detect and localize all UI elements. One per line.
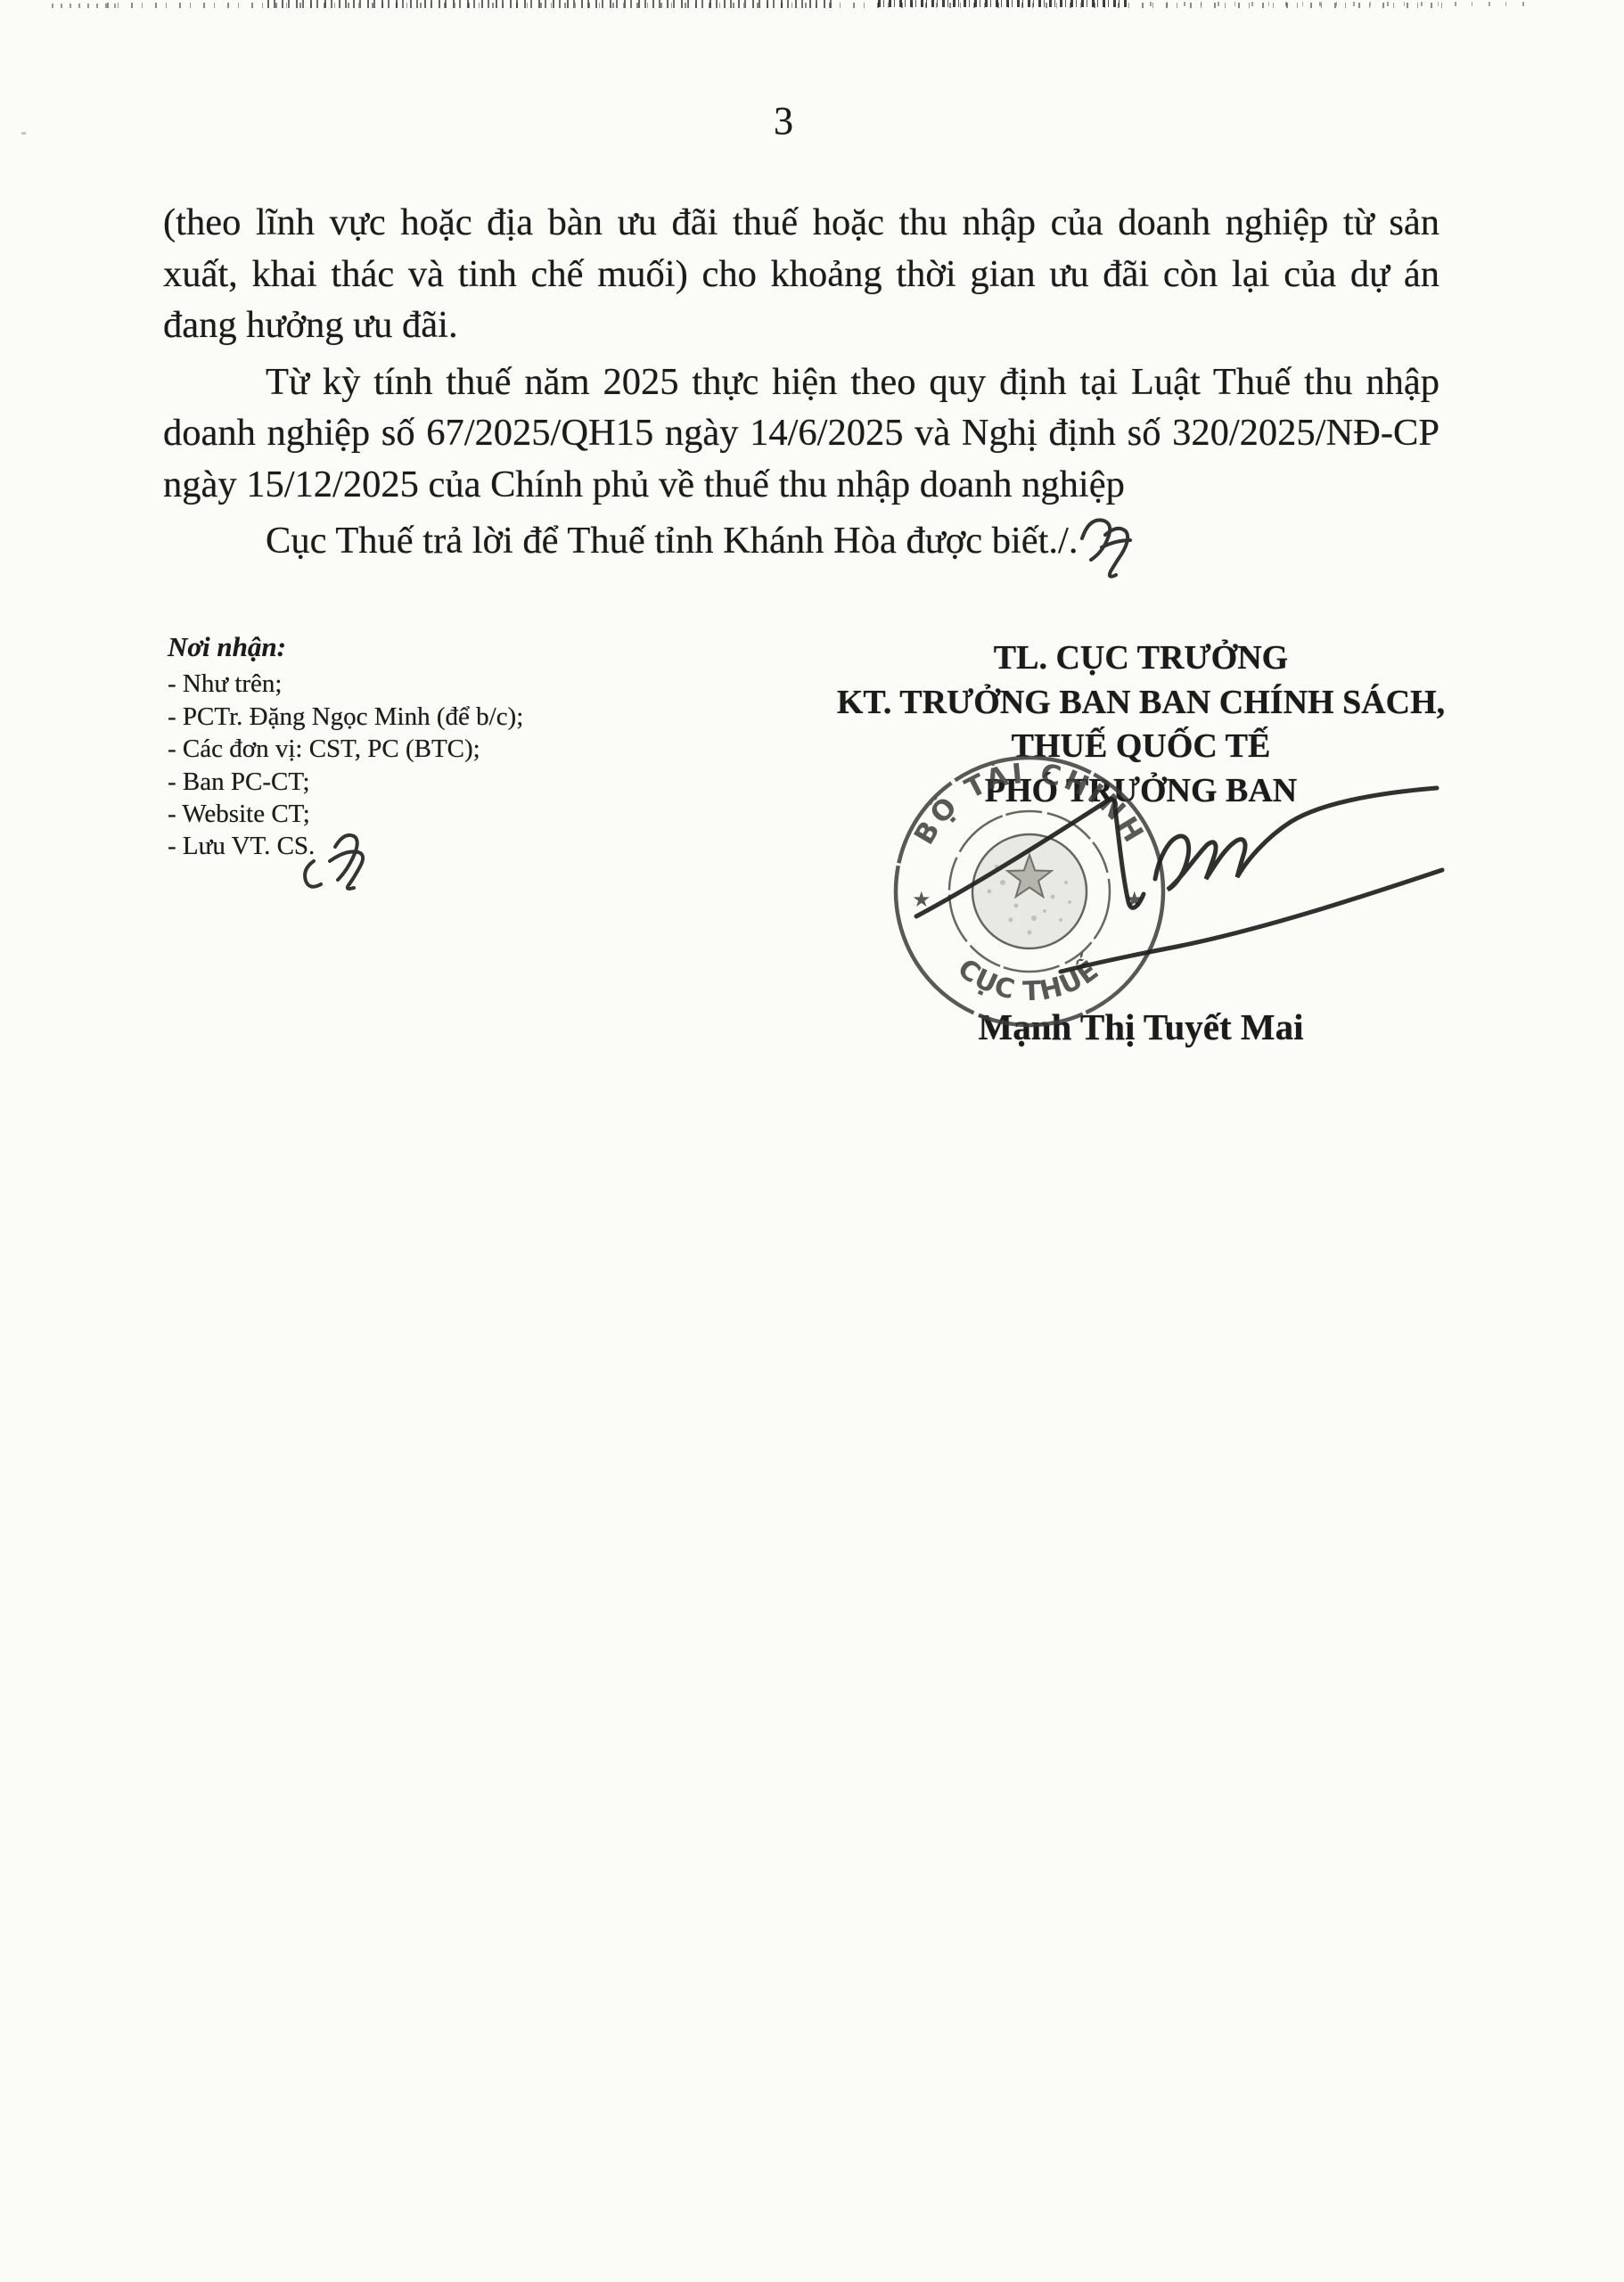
seal-right-star-icon: ★: [1125, 887, 1144, 912]
body-line: Từ kỳ tính thuế năm 2025 thực hiện theo …: [163, 357, 1439, 408]
seal-star-emblem-icon: [1007, 855, 1051, 897]
recipients-block: Nơi nhận: - Như trên; - PCTr. Đặng Ngọc …: [168, 631, 667, 863]
recipient-item: - Các đơn vị: CST, PC (BTC);: [168, 733, 667, 765]
authority-line: KT. TRƯỞNG BAN BAN CHÍNH SÁCH,: [816, 681, 1466, 726]
scanned-document-page: 3 (theo lĩnh vực hoặc địa bàn ưu đãi thu…: [0, 0, 1624, 2282]
authority-line: THUẾ QUỐC TẾ: [816, 725, 1466, 769]
body-line: đang hưởng ưu đãi.: [163, 300, 1439, 351]
recipient-item: - Như trên;: [168, 668, 667, 700]
scan-noise-strip: [1150, 2, 1533, 6]
recipient-item: - Website CT;: [168, 798, 667, 830]
page-number: 3: [0, 98, 1595, 144]
seal-bottom-text: CỤC THUẾ: [952, 949, 1108, 1007]
seal-left-star-icon: ★: [912, 887, 931, 912]
body-paragraph: Từ kỳ tính thuế năm 2025 thực hiện theo …: [163, 357, 1439, 511]
signature-authority-block: TL. CỤC TRƯỞNG KT. TRƯỞNG BAN BAN CHÍNH …: [816, 636, 1466, 813]
scan-noise-strip: [52, 4, 121, 8]
body-paragraph: (theo lĩnh vực hoặc địa bàn ưu đãi thuế …: [163, 197, 1439, 351]
body-paragraph: Cục Thuế trả lời để Thuế tỉnh Khánh Hòa …: [163, 515, 1439, 567]
document-body: (theo lĩnh vực hoặc địa bàn ưu đãi thuế …: [163, 197, 1439, 567]
scan-noise-strip: [878, 0, 1128, 7]
signer-name: Mạnh Thị Tuyết Mai: [816, 1006, 1466, 1048]
body-line: ngày 15/12/2025 của Chính phủ về thuế th…: [163, 459, 1439, 511]
handwritten-signature: [916, 788, 1442, 972]
recipient-item: - PCTr. Đặng Ngọc Minh (để b/c);: [168, 701, 667, 733]
recipient-item: - Lưu VT. CS.: [168, 830, 667, 862]
authority-line: PHÓ TRƯỞNG BAN: [816, 769, 1466, 814]
body-line: (theo lĩnh vực hoặc địa bàn ưu đãi thuế …: [163, 197, 1439, 249]
scan-noise-strip: [107, 3, 1453, 8]
body-line: doanh nghiệp số 67/2025/QH15 ngày 14/6/2…: [163, 407, 1439, 459]
scan-noise-strip: [267, 0, 838, 8]
authority-line: TL. CỤC TRƯỞNG: [816, 636, 1466, 681]
recipient-item: - Ban PC-CT;: [168, 766, 667, 798]
closing-line: Cục Thuế trả lời để Thuế tỉnh Khánh Hòa …: [163, 515, 1439, 567]
body-line: xuất, khai thác và tinh chế muối) cho kh…: [163, 249, 1439, 300]
recipients-heading: Nơi nhận:: [168, 631, 667, 663]
